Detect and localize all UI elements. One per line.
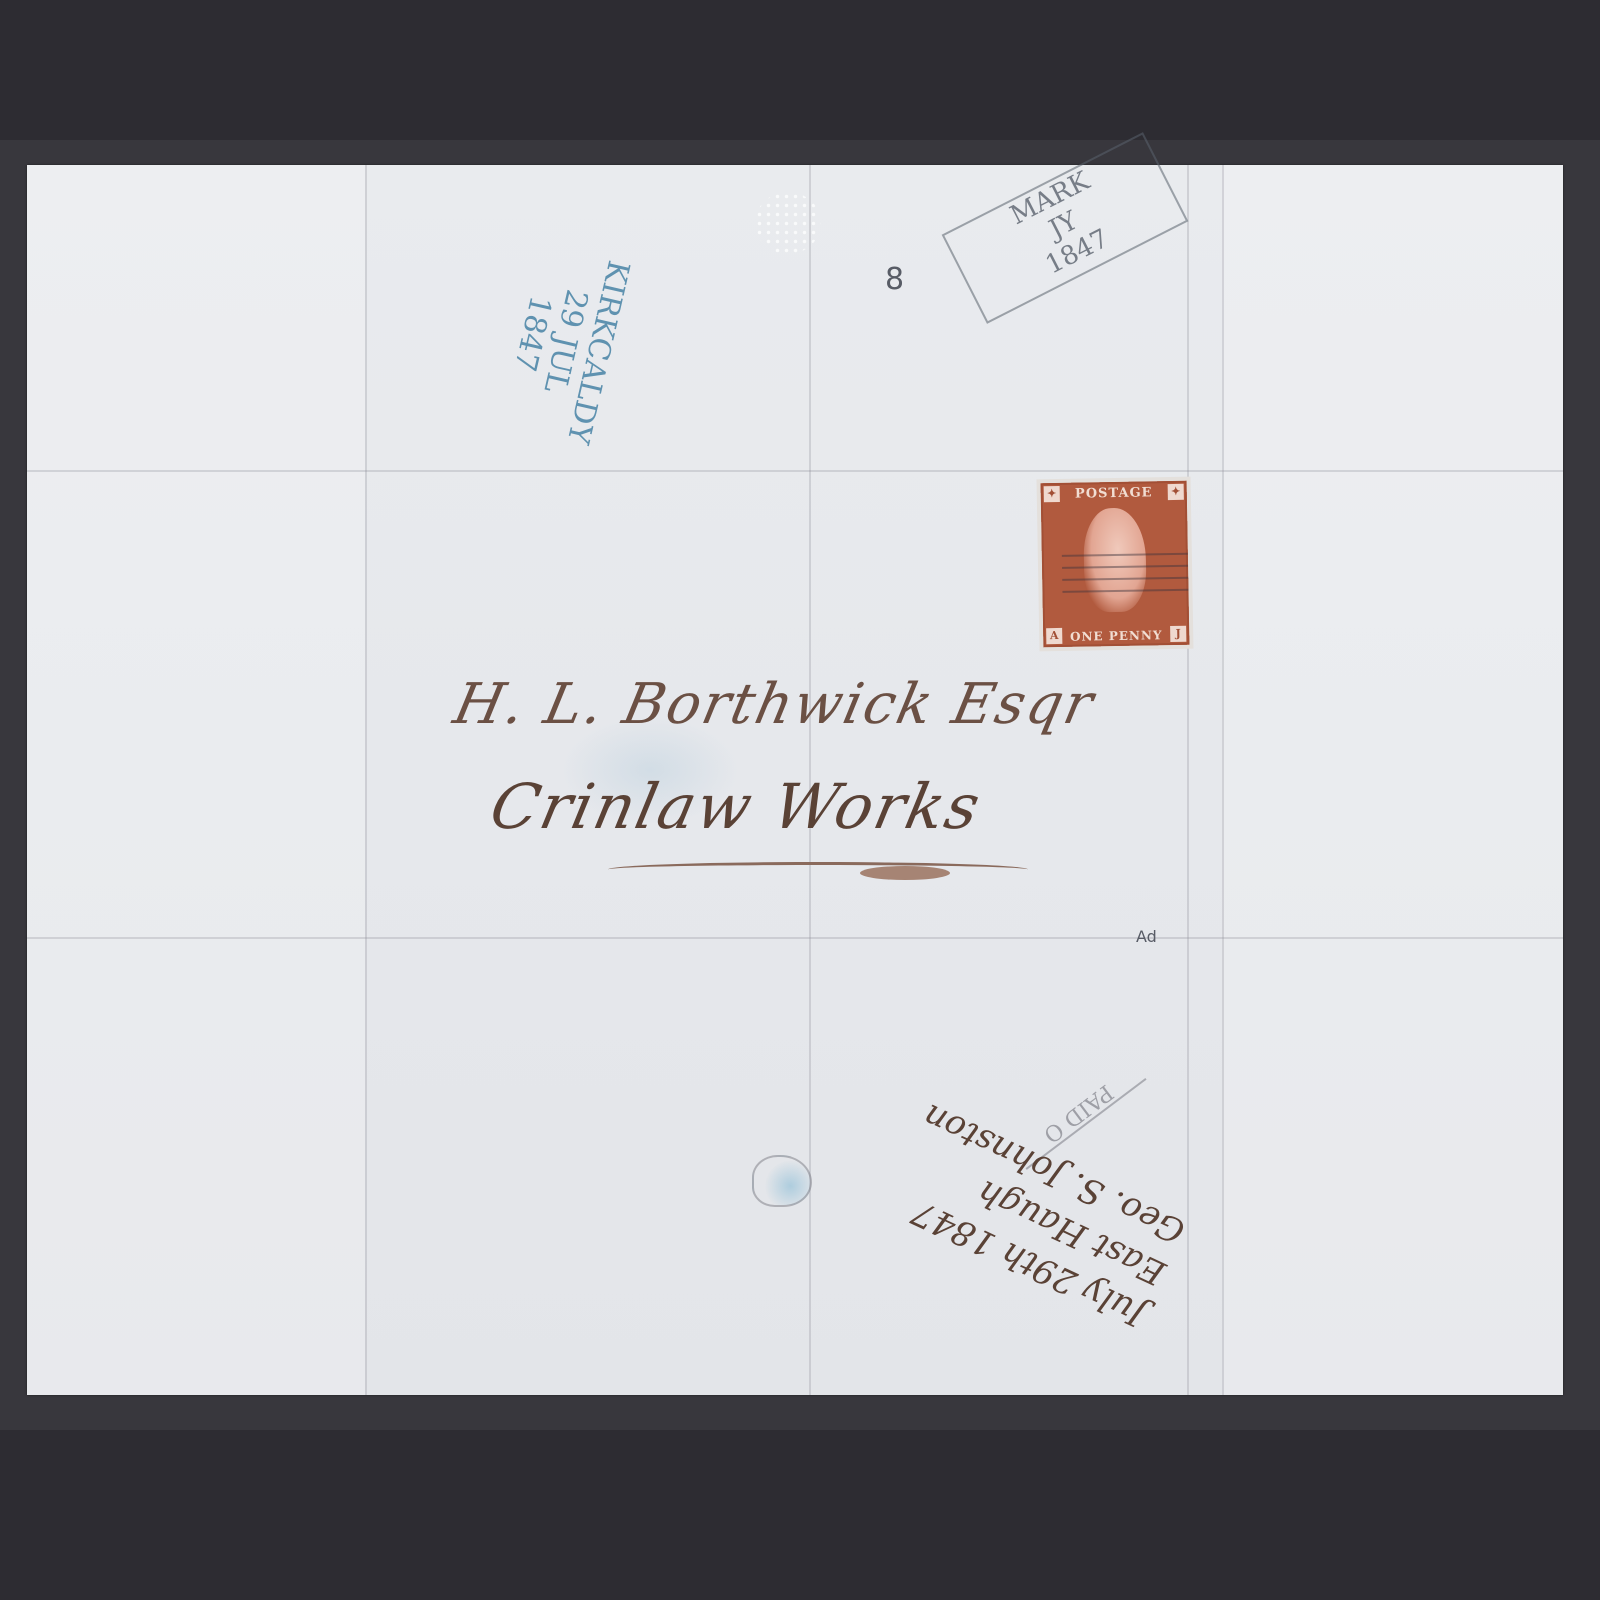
embossed-seal-mark [755,192,821,254]
right-flap [1222,165,1563,1395]
fold-line [1222,165,1224,1395]
pencil-note-lower: Ad [1136,927,1157,946]
fold-line [27,937,1563,939]
left-flap [27,165,365,1395]
penny-red-stamp: ✦ ✦ POSTAGE A ONE PENNY J [1041,481,1190,648]
wax-seal-remnant [752,1155,812,1207]
fold-line [365,165,367,1395]
address-line-2: Crinlaw Works [484,770,988,843]
address-underline-flourish [608,862,1028,877]
queen-head-icon [1083,507,1147,612]
pencil-note-top: 8 [885,262,904,297]
address-line-1: H. L. Borthwick Esqr [448,672,1100,737]
stamp-top-label: POSTAGE [1041,485,1187,503]
ink-blot [860,866,950,880]
stamp-bottom-label: ONE PENNY [1043,628,1189,645]
fold-line [27,470,1563,472]
corner-letter-right: J [1170,626,1186,642]
